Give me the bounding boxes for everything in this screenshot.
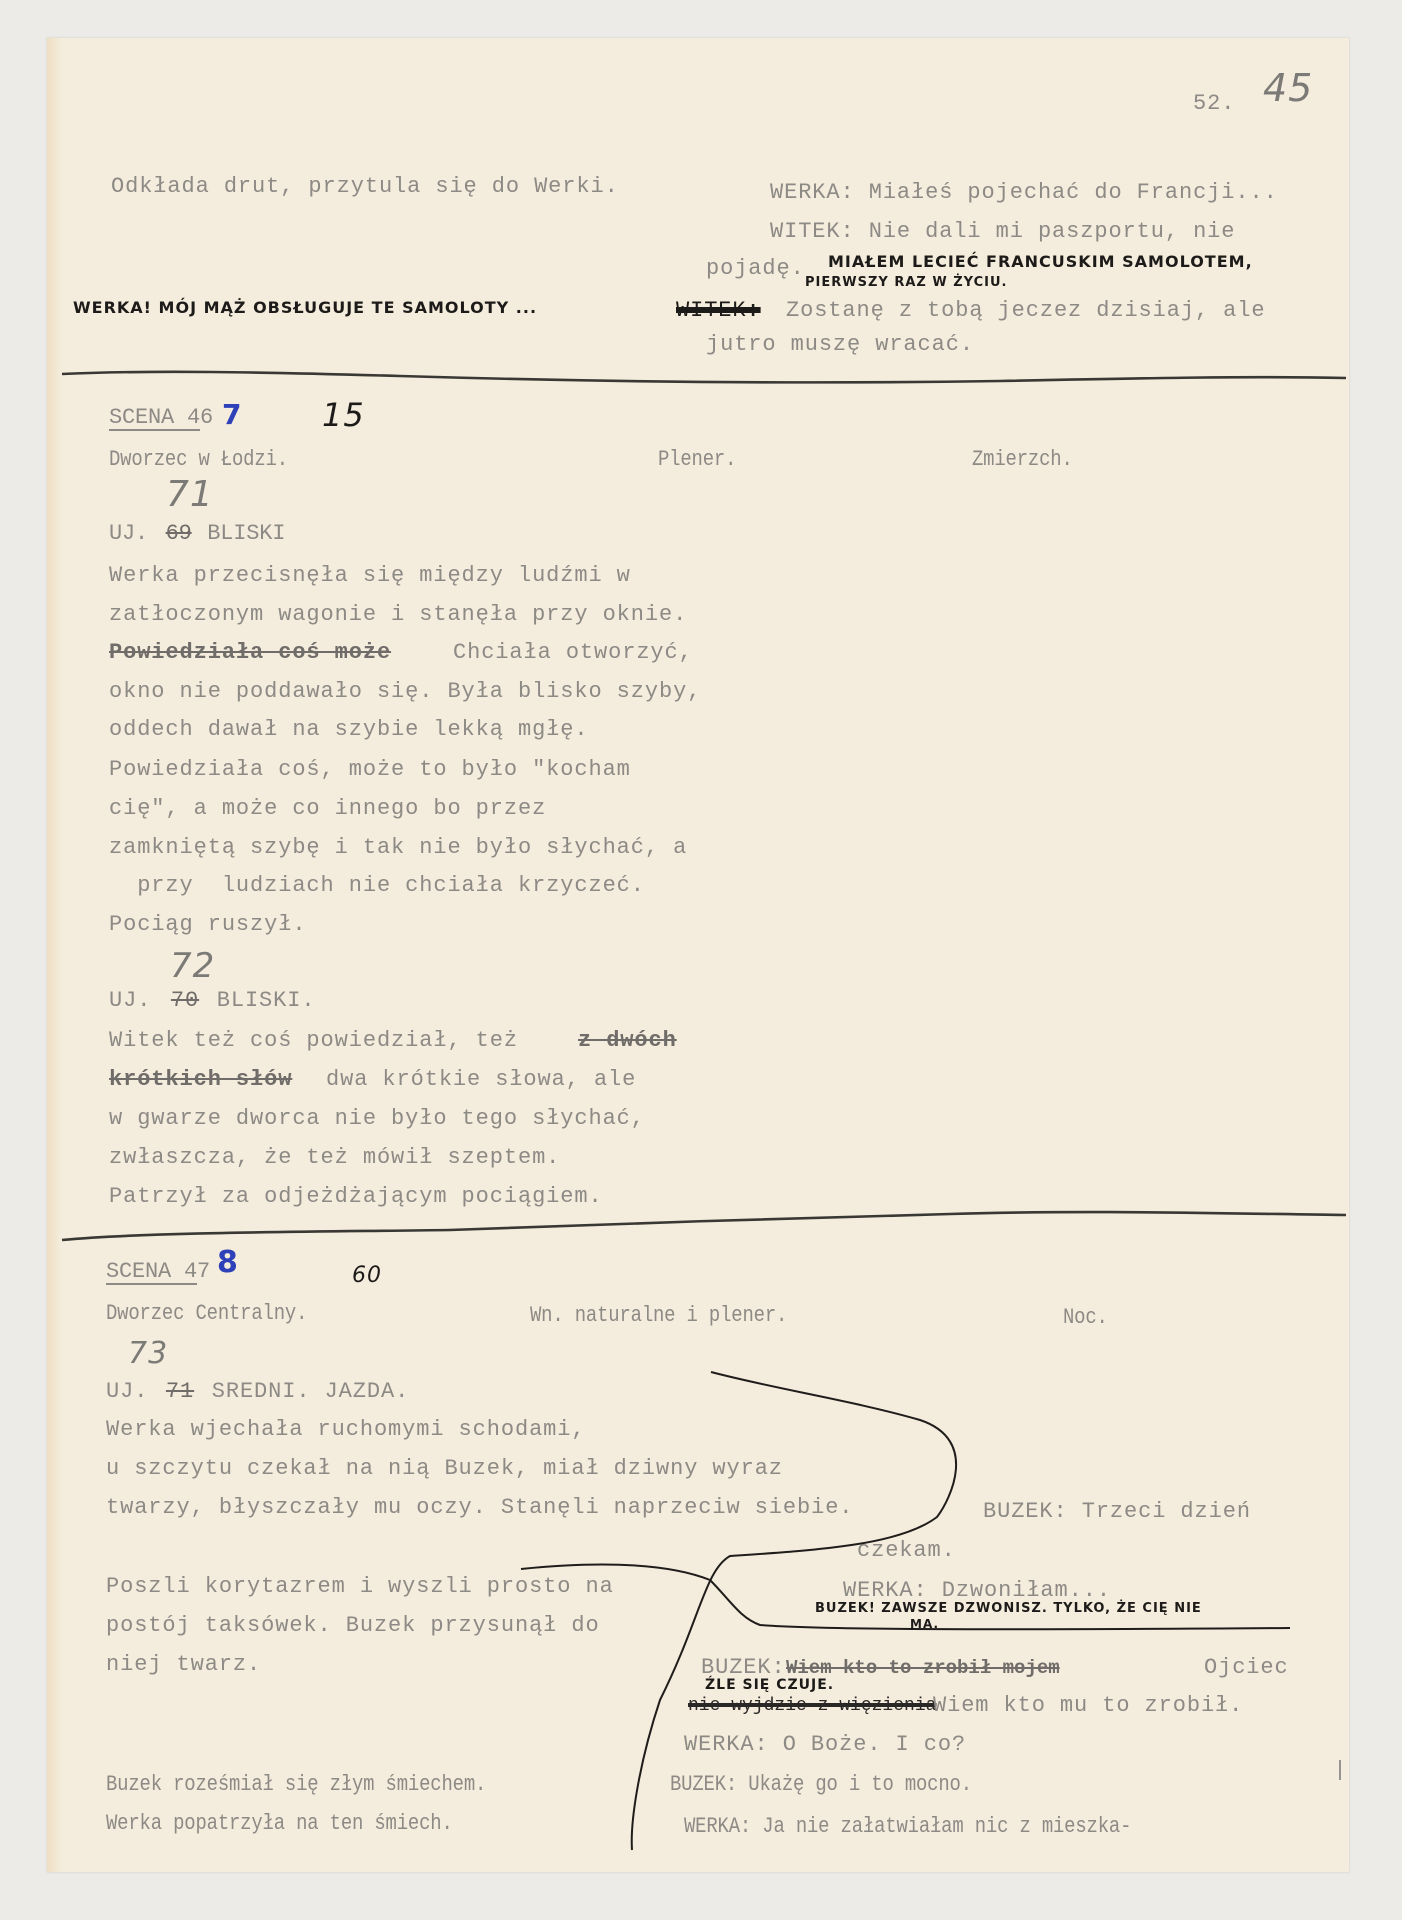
handwritten-buzek-line: BUZEK! ZAWSZE DZWONISZ. TYLKO, ŻE CIĘ NI…	[815, 1601, 1202, 1616]
shot-number-struck: 69	[166, 521, 192, 546]
action-line: twarzy, błyszczały mu oczy. Stanęli napr…	[106, 1495, 853, 1521]
shot-number-struck: 71	[166, 1379, 194, 1404]
scene-heading: SCENA 47	[106, 1259, 210, 1285]
shot-label: BLISKI	[207, 521, 285, 546]
struck-text: nie wyjdzie z więzienia	[688, 1693, 936, 1719]
scene-setting: Wn. naturalne i plener.	[530, 1303, 787, 1329]
action-text: Odkłada drut, przytula się do Werki.	[111, 174, 619, 200]
action-line: dwa krótkie słowa, ale	[326, 1067, 636, 1093]
dialogue-line: BUZEK: Trzeci dzień	[983, 1499, 1251, 1525]
struck-text: z dwóch	[578, 1028, 677, 1054]
scene-number-correction: 8	[217, 1245, 239, 1280]
struck-text: krótkich słów	[109, 1067, 292, 1093]
action-line: w gwarze dworca nie było tego słychać,	[109, 1106, 645, 1132]
handwritten-shot-number: 71	[166, 474, 214, 515]
shot-prefix: UJ.	[106, 1379, 148, 1404]
scene-time: Zmierzch.	[972, 447, 1073, 473]
action-line: Pociąg ruszył.	[109, 912, 306, 938]
typed-page-number: 52.	[1193, 91, 1235, 117]
action-line: przy ludziach nie chciała krzyczeć.	[109, 873, 645, 899]
action-line: Poszli korytazrem i wyszli prosto na	[106, 1574, 614, 1600]
handwritten-note: 60	[352, 1263, 382, 1288]
action-line: zwłaszcza, że też mówił szeptem.	[109, 1145, 560, 1171]
scene-location: Dworzec Centralny.	[106, 1301, 307, 1327]
shot-prefix: UJ.	[109, 521, 148, 546]
dialogue-line: czekam.	[857, 1538, 956, 1564]
action-line: Chciała otworzyć,	[453, 640, 693, 666]
dialogue-line: WITEK: Nie dali mi paszportu, nie	[770, 219, 1235, 245]
action-line: zamkniętą szybę i tak nie było słychać, …	[109, 835, 687, 861]
action-line: postój taksówek. Buzek przysunął do	[106, 1613, 600, 1639]
action-line: Werka popatrzyła na ten śmiech.	[106, 1811, 453, 1837]
handwritten-insert: PIERWSZY RAZ W ŻYCIU.	[805, 275, 1007, 290]
struck-speaker: WITEK:	[676, 298, 761, 324]
action-line: Powiedziała coś, może to było "kocham	[109, 757, 631, 783]
action-line: oddech dawał na szybie lekką mgłę.	[109, 717, 588, 743]
handwritten-note: 15	[322, 396, 365, 434]
scene-heading-prefix: SCENA 4	[106, 1259, 197, 1284]
shot-prefix: UJ.	[109, 988, 151, 1013]
handwritten-shot-number: 73	[128, 1336, 168, 1371]
dialogue-line: Wiem kto mu to zrobił.	[933, 1693, 1243, 1719]
action-line: zatłoczonym wagonie i stanęła przy oknie…	[109, 602, 687, 628]
handwritten-insert: ŹLE SIĘ CZUJE.	[705, 1677, 834, 1693]
dialogue-line: WERKA: Ja nie załatwiałam nic z mieszka-	[684, 1814, 1131, 1840]
dialogue-line: pojadę.	[706, 256, 805, 282]
dialogue-line: BUZEK: Ukażę go i to mocno.	[670, 1772, 972, 1798]
action-line: okno nie poddawało się. Była blisko szyb…	[109, 679, 701, 705]
handwritten-page-number: 45	[1263, 66, 1313, 110]
action-line: cię", a może co innego bo przez	[109, 796, 546, 822]
shot-number-struck: 70	[171, 988, 199, 1013]
shot-heading: UJ. 70 BLISKI.	[109, 988, 315, 1014]
scene-heading: SCENA 46	[109, 405, 213, 431]
dialogue-line: jutro muszę wracać.	[706, 332, 974, 358]
handwritten-werka-line: WERKA! MÓJ MĄŻ OBSŁUGUJE TE SAMOLOTY ...	[73, 298, 537, 317]
dialogue-line: Zostanę z tobą jeczez dzisiaj, ale	[786, 298, 1265, 324]
scene-number-struck: 7	[197, 1259, 210, 1284]
action-line: Werka przecisnęła się między ludźmi w	[109, 563, 631, 589]
action-line: niej twarz.	[106, 1652, 261, 1678]
struck-text: Powiedziała coś może	[109, 640, 391, 666]
dialogue-line: WERKA: Miałeś pojechać do Francji...	[770, 180, 1278, 206]
scene-time: Noc.	[1063, 1305, 1108, 1331]
dialogue-line: Ojciec	[1204, 1655, 1289, 1681]
action-line: Buzek roześmiał się złym śmiechem.	[106, 1772, 486, 1798]
scene-location: Dworzec w Łodzi.	[109, 447, 288, 473]
action-line: Patrzył za odjeżdżającym pociągiem.	[109, 1184, 603, 1210]
action-line: Werka wjechała ruchomymi schodami,	[106, 1417, 585, 1443]
shot-heading: UJ. 71 SREDNI. JAZDA.	[106, 1379, 409, 1405]
handwritten-insert: MIAŁEM LECIEĆ FRANCUSKIM SAMOLOTEM,	[828, 252, 1253, 271]
shot-heading: UJ. 69 BLISKI	[109, 521, 285, 547]
shot-label: SREDNI. JAZDA.	[212, 1379, 409, 1404]
handwritten-buzek-line: MA.	[910, 1617, 939, 1631]
shot-label: BLISKI.	[217, 988, 316, 1013]
scene-setting: Plener.	[658, 447, 736, 473]
handwritten-shot-number: 72	[170, 946, 215, 986]
scene-number-struck: 6	[200, 405, 213, 430]
action-line: u szczytu czekał na nią Buzek, miał dziw…	[106, 1456, 783, 1482]
action-line: Witek też coś powiedział, też	[109, 1028, 518, 1054]
dialogue-line: WERKA: O Boże. I co?	[684, 1732, 966, 1758]
scene-heading-prefix: SCENA 4	[109, 405, 200, 430]
scene-number-correction: 7	[222, 398, 242, 431]
